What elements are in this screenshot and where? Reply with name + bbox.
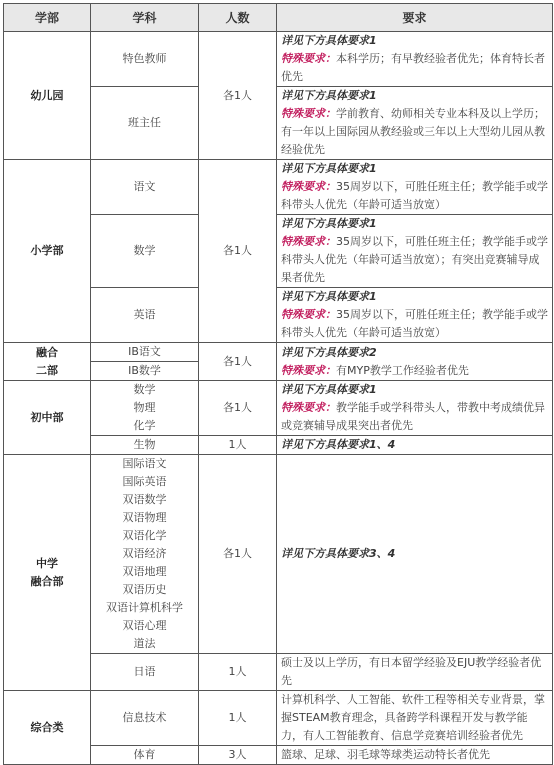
requirement-cell: 详见下方具体要求1 特殊要求：35周岁以下，可胜任班主任；教学能手或学科带头人优… — [277, 215, 553, 288]
subject-line: 道法 — [95, 635, 194, 653]
header-row: 学部 学科 人数 要求 — [4, 4, 553, 32]
subject-line: 双语历史 — [95, 581, 194, 599]
subject-cell: 班主任 — [91, 87, 199, 160]
subject-line: 国际语文 — [95, 455, 194, 473]
requirement-cell: 详见下方具体要求1 特殊要求：35周岁以下，可胜任班主任；教学能手或学科带头人优… — [277, 160, 553, 215]
dept-line: 融合 — [8, 344, 86, 362]
table-row: 小学部 语文 各1人 详见下方具体要求1 特殊要求：35周岁以下，可胜任班主任；… — [4, 160, 553, 215]
subject-line: 双语经济 — [95, 545, 194, 563]
special-label: 特殊要求： — [281, 107, 336, 120]
subject-line: 数学 — [95, 381, 194, 399]
dept-general: 综合类 — [4, 691, 91, 723]
requirement-cell: 计算机科学、人工智能、软件工程等相关专业背景，掌握STEAM教育理念，具备跨学科… — [277, 691, 553, 723]
subject-cell: IB语文 — [91, 343, 199, 362]
requirement-cell: 详见下方具体要求1 特殊要求：本科学历；有早教经验者优先；体育特长者优先 — [277, 32, 553, 87]
requirement-cell: 详见下方具体要求1、4 — [277, 436, 553, 455]
dept-kindergarten: 幼儿园 — [4, 32, 91, 160]
subject-cell: 数学 物理 化学 — [91, 381, 199, 436]
table-row: 幼儿园 特色教师 各1人 详见下方具体要求1 特殊要求：本科学历；有早教经验者优… — [4, 32, 553, 87]
dept-primary: 小学部 — [4, 160, 91, 343]
requirement-cell: 详见下方具体要求1 特殊要求：35周岁以下，可胜任班主任；教学能手或学科带头人优… — [277, 288, 553, 343]
requirement-ref: 详见下方具体要求1、4 — [281, 436, 548, 454]
count-cell: 各1人 — [199, 381, 277, 436]
subject-cell: 信息技术 — [91, 691, 199, 723]
requirement-cell: 详见下方具体要求2 特殊要求：有MYP教学工作经验者优先 — [277, 343, 553, 381]
special-label: 特殊要求： — [281, 401, 336, 414]
table-row: 中学 融合部 国际语文 国际英语 双语数学 双语物理 双语化学 双语经济 双语地… — [4, 455, 553, 654]
subject-line: 双语心理 — [95, 617, 194, 635]
requirement-ref: 详见下方具体要求3、4 — [281, 545, 548, 563]
dept-line: 二部 — [8, 362, 86, 380]
count-cell: 1人 — [199, 654, 277, 691]
subject-line: 双语计算机科学 — [95, 599, 194, 617]
dept-middle-fusion: 中学 融合部 — [4, 455, 91, 691]
special-label: 特殊要求： — [281, 52, 336, 65]
header-requirements: 要求 — [277, 4, 553, 32]
header-dept: 学部 — [4, 4, 91, 32]
subject-line: 化学 — [95, 417, 194, 435]
table-row: 融合 二部 IB语文 各1人 详见下方具体要求2 特殊要求：有MYP教学工作经验… — [4, 343, 553, 362]
count-cell: 1人 — [199, 436, 277, 455]
subject-line: 物理 — [95, 399, 194, 417]
requirement-cell: 硕士及以上学历，有日本留学经验及EJU教学经验者优先 — [277, 654, 553, 691]
subject-cell: 语文 — [91, 160, 199, 215]
requirement-ref: 详见下方具体要求1 — [281, 160, 548, 178]
subject-line: 双语物理 — [95, 509, 194, 527]
subject-line: 双语地理 — [95, 563, 194, 581]
subject-cell: IB数学 — [91, 362, 199, 381]
requirement-ref: 详见下方具体要求1 — [281, 32, 548, 50]
requirement-cell: 详见下方具体要求3、4 — [277, 455, 553, 654]
subject-line: 双语数学 — [95, 491, 194, 509]
requirement-ref: 详见下方具体要求1 — [281, 288, 548, 306]
dept-junior: 初中部 — [4, 381, 91, 455]
requirement-ref: 详见下方具体要求1 — [281, 215, 548, 233]
header-count: 人数 — [199, 4, 277, 32]
count-cell: 各1人 — [199, 455, 277, 654]
requirement-ref: 详见下方具体要求2 — [281, 344, 548, 362]
count-cell: 1人 — [199, 691, 277, 723]
count-cell: 各1人 — [199, 160, 277, 343]
requirement-cell: 详见下方具体要求1 特殊要求：学前教育、幼师相关专业本科及以上学历；有一年以上国… — [277, 87, 553, 160]
subject-line: 国际英语 — [95, 473, 194, 491]
subject-cell: 生物 — [91, 436, 199, 455]
special-label: 特殊要求： — [281, 364, 336, 377]
subject-line: 双语化学 — [95, 527, 194, 545]
subject-cell: 国际语文 国际英语 双语数学 双语物理 双语化学 双语经济 双语地理 双语历史 … — [91, 455, 199, 654]
table-row: 综合类 信息技术 1人 计算机科学、人工智能、软件工程等相关专业背景，掌握STE… — [4, 691, 553, 723]
special-label: 特殊要求： — [281, 180, 336, 193]
subject-cell: 特色教师 — [91, 32, 199, 87]
dept-line: 中学 — [8, 555, 86, 573]
requirement-cell: 详见下方具体要求1 特殊要求：教学能手或学科带头人，带教中考成绩优异或竞赛辅导成… — [277, 381, 553, 436]
table-row: 初中部 数学 物理 化学 各1人 详见下方具体要求1 特殊要求：教学能手或学科带… — [4, 381, 553, 436]
requirement-ref: 详见下方具体要求1 — [281, 381, 548, 399]
count-cell: 各1人 — [199, 343, 277, 381]
special-label: 特殊要求： — [281, 235, 336, 248]
special-label: 特殊要求： — [281, 308, 336, 321]
subject-cell: 日语 — [91, 654, 199, 691]
dept-line: 融合部 — [8, 573, 86, 591]
special-text: 有MYP教学工作经验者优先 — [336, 364, 469, 377]
subject-cell: 数学 — [91, 215, 199, 288]
header-subject: 学科 — [91, 4, 199, 32]
requirement-ref: 详见下方具体要求1 — [281, 87, 548, 105]
subject-cell: 英语 — [91, 288, 199, 343]
recruitment-table: 学部 学科 人数 要求 幼儿园 特色教师 各1人 详见下方具体要求1 特殊要求：… — [3, 3, 553, 722]
count-cell: 各1人 — [199, 32, 277, 160]
dept-fusion2: 融合 二部 — [4, 343, 91, 381]
